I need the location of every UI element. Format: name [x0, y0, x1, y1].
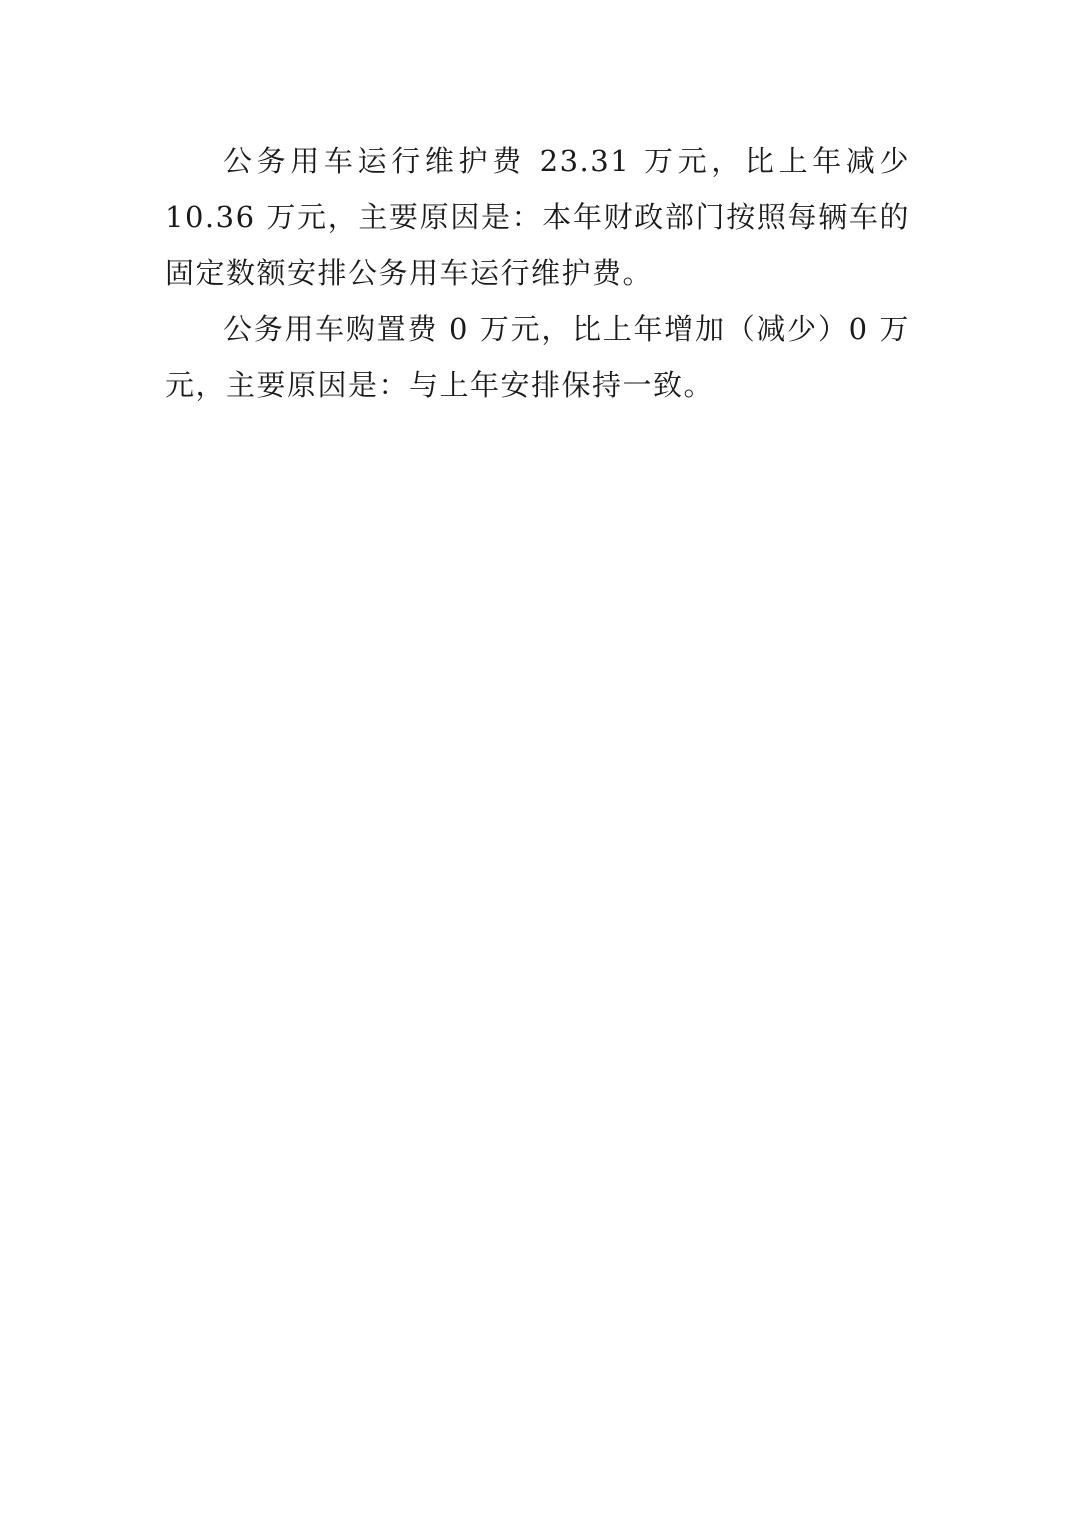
document-page: 公务用车运行维护费 23.31 万元，比上年减少 10.36 万元，主要原因是：… [0, 0, 1074, 1520]
document-body: 公务用车运行维护费 23.31 万元，比上年减少 10.36 万元，主要原因是：… [165, 133, 910, 413]
paragraph-vehicle-purchase-fee: 公务用车购置费 0 万元，比上年增加（减少）0 万元，主要原因是：与上年安排保持… [165, 301, 910, 413]
paragraph-vehicle-maintenance-fee: 公务用车运行维护费 23.31 万元，比上年减少 10.36 万元，主要原因是：… [165, 133, 910, 301]
